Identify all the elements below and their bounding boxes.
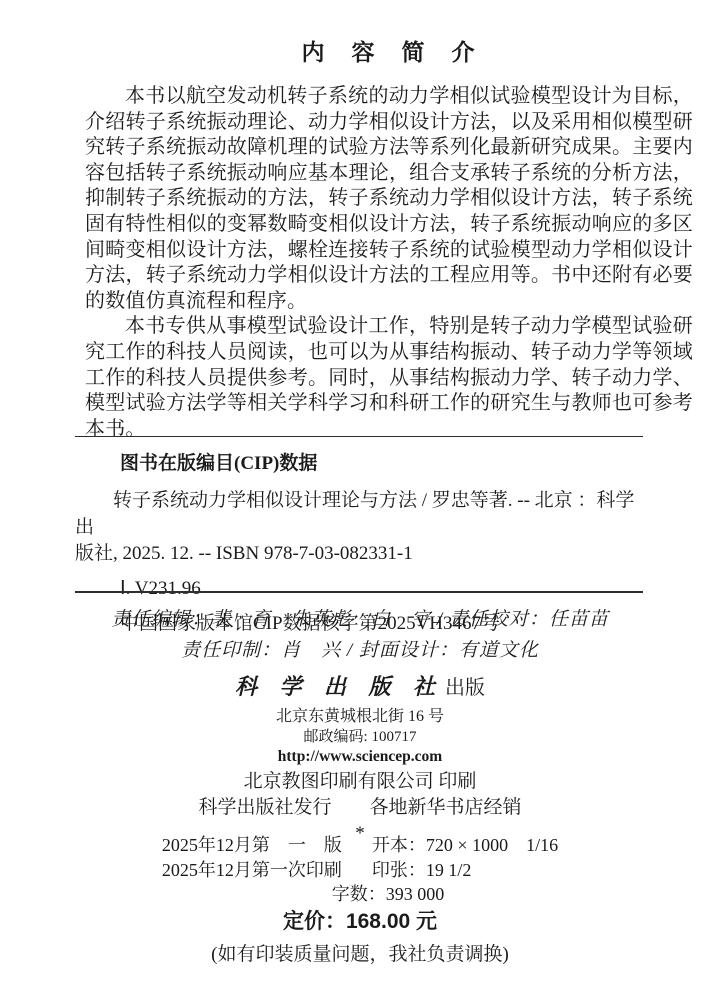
content-summary-section: 内 容 简 介 本书以航空发动机转子系统的动力学相似试验模型设计为目标，介绍转子…	[85, 34, 693, 442]
cip-heading: 图书在版编目(CIP)数据	[120, 448, 643, 475]
quality-note: (如有印装质量问题，我社负责调换)	[0, 943, 720, 967]
publisher-address: 北京东黄城根北街 16 号	[0, 706, 720, 727]
publisher-logo-line: 科 学 出 版 社 出版	[0, 673, 720, 702]
publisher-logo: 科 学 出 版 社	[235, 674, 440, 699]
printing-date-line: 2025年12月第一次印刷	[162, 858, 342, 883]
cip-entry-line-1: 转子系统动力学相似设计理论与方法 / 罗忠等著. -- 北京 ：科学出	[75, 488, 643, 541]
section-title: 内 容 简 介	[85, 34, 693, 67]
format-spec: 开本：720 × 1000 1/16	[372, 833, 558, 858]
publisher-postcode: 邮政编码: 100717	[0, 727, 720, 747]
distribution-line: 科学出版社发行 各地新华书店经销	[0, 796, 720, 819]
word-count: 字数：393 000	[56, 882, 720, 906]
publisher-website: http://www.sciencep.com	[0, 747, 720, 767]
divider-rule	[75, 591, 643, 593]
publisher-logo-suffix: 出版	[445, 677, 485, 699]
sheet-count: 印张：19 1/2	[372, 858, 558, 883]
copyright-page: 内 容 简 介 本书以航空发动机转子系统的动力学相似试验模型设计为目标，介绍转子…	[0, 0, 720, 1000]
cip-entry-line-2: 版社, 2025. 12. -- ISBN 978-7-03-082331-1	[75, 541, 643, 568]
publisher-block: 科 学 出 版 社 出版 北京东黄城根北街 16 号 邮政编码: 100717 …	[0, 673, 720, 844]
price: 定价：168.00 元	[0, 909, 720, 935]
editors-line: 责任编辑：裴 育 朱英彪 白 宇 / 责任校对：任苗苗	[0, 604, 720, 635]
edition-block: 2025年12月第 一 版 开本：720 × 1000 1/16 2025年12…	[0, 833, 720, 967]
summary-paragraph-2: 本书专供从事模型试验设计工作，特别是转子动力学模型试验研究工作的科技人员阅读，也…	[85, 314, 693, 442]
staff-credits: 责任编辑：裴 育 朱英彪 白 宇 / 责任校对：任苗苗 责任印制：肖 兴 / 封…	[0, 604, 720, 666]
cip-classification: Ⅰ. V231.96	[120, 577, 643, 600]
summary-paragraph-1: 本书以航空发动机转子系统的动力学相似试验模型设计为目标，介绍转子系统振动理论、动…	[85, 84, 693, 314]
printing-design-line: 责任印制：肖 兴 / 封面设计：有道文化	[0, 635, 720, 666]
cip-entry: 转子系统动力学相似设计理论与方法 / 罗忠等著. -- 北京 ：科学出 版社, …	[75, 488, 643, 568]
edition-table: 2025年12月第 一 版 开本：720 × 1000 1/16 2025年12…	[162, 833, 558, 882]
edition-date-line: 2025年12月第 一 版	[162, 833, 342, 858]
printer-line: 北京教图印刷有限公司 印刷	[0, 770, 720, 793]
